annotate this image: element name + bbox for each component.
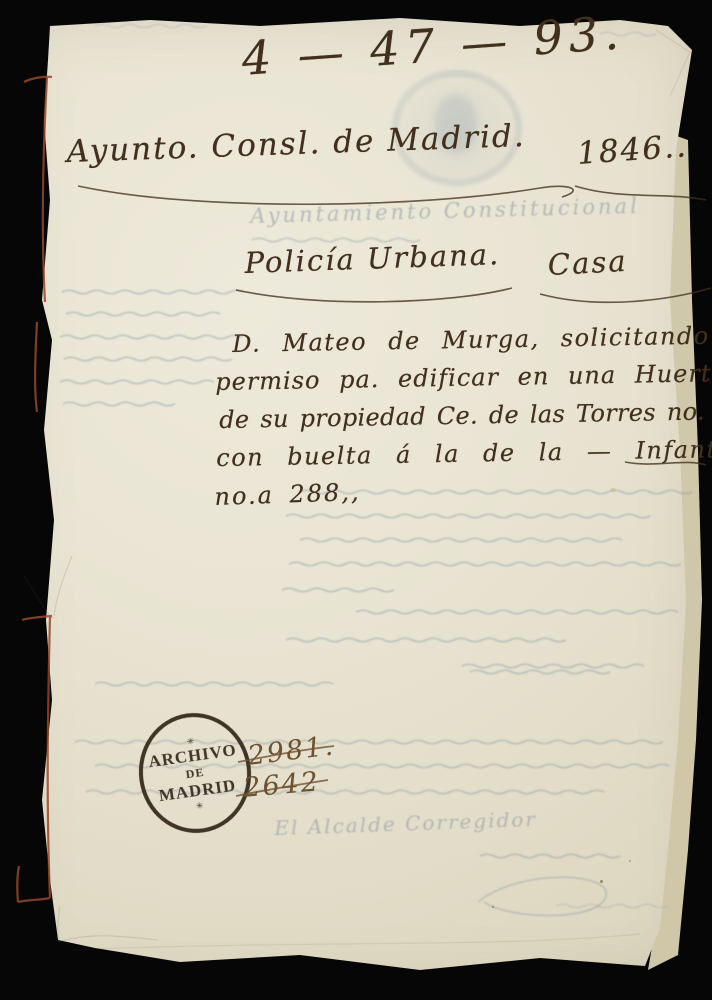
stain-spot — [629, 860, 631, 862]
stain-spot — [610, 488, 616, 492]
scan-background: Ayuntamiento Constitucional El Alcalde C… — [0, 0, 712, 1000]
stamp-ornament: ✳ — [195, 800, 204, 811]
stain-spot — [492, 906, 494, 908]
crossed-number: 2642 — [242, 766, 321, 804]
body-line: no.a 288,, — [214, 478, 361, 511]
header-year: 1846.. — [576, 128, 689, 172]
section-type: Casa — [547, 244, 628, 282]
stain-spot — [600, 880, 603, 883]
